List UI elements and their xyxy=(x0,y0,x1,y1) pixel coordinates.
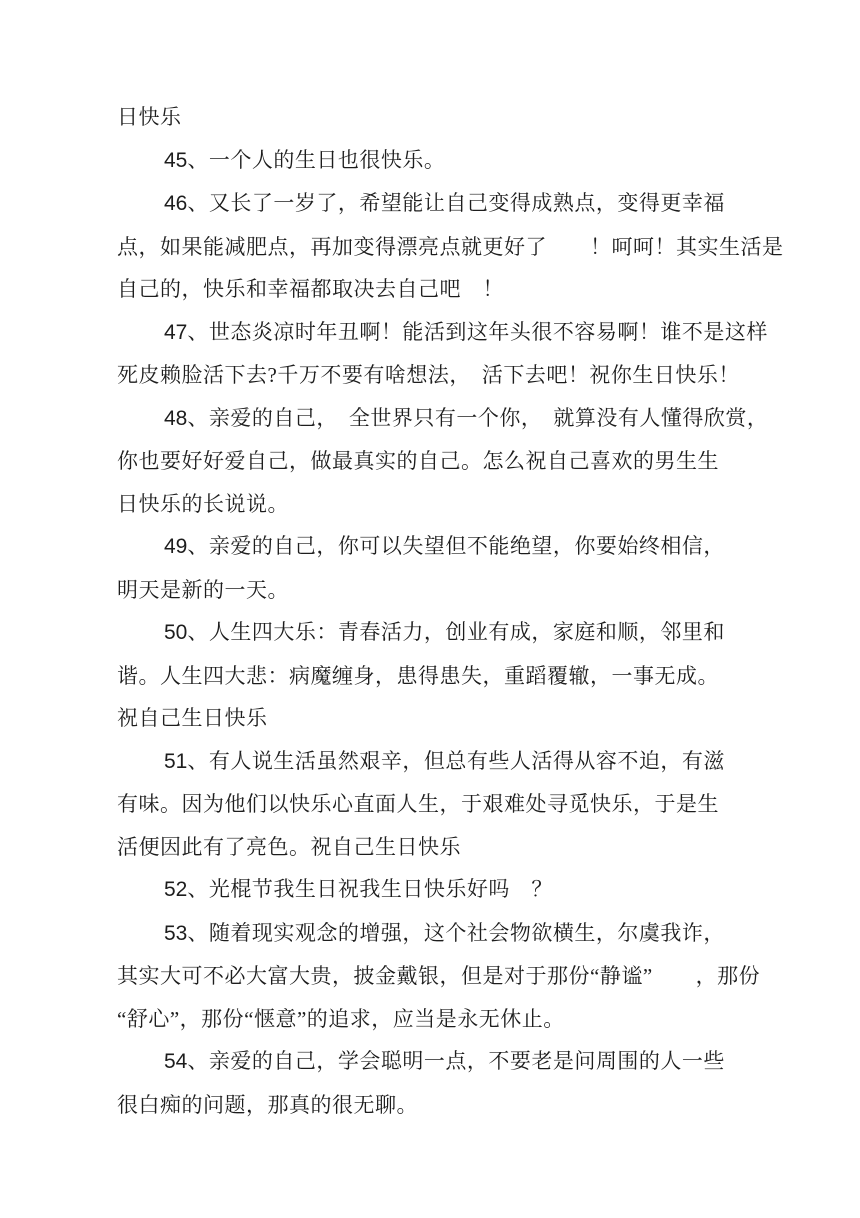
text-line: 很白痴的问题，那真的很无聊。 xyxy=(117,1084,747,1127)
item-number: 54 xyxy=(164,1050,187,1073)
text-line: 51、有人说生活虽然艰辛，但总有些人活得从容不迫，有滋 xyxy=(117,740,747,784)
paragraph-item-46: 46、又长了一岁了，希望能让自己变得成熟点，变得更幸福点，如果能减肥点，再加变得… xyxy=(117,182,747,311)
item-number: 51 xyxy=(164,750,187,773)
text-line: 明天是新的一天。 xyxy=(117,569,747,612)
text-line: 死皮赖脸活下去?千万不要有啥想法， 活下去吧！祝你生日快乐！ xyxy=(117,354,747,397)
document-canvas: 日快乐45、一个人的生日也很快乐。46、又长了一岁了，希望能让自己变得成熟点，变… xyxy=(0,0,860,1218)
text-line: 45、一个人的生日也很快乐。 xyxy=(117,139,747,183)
text-line: 其实大可不必大富大贵，披金戴银，但是对于那份“静谧” ，那份 xyxy=(117,955,747,998)
text-line: 47、世态炎凉时年丑啊！能活到这年头很不容易啊！谁不是这样 xyxy=(117,311,747,355)
paragraph-item-54: 54、亲爱的自己，学会聪明一点，不要老是问周围的人一些很白痴的问题，那真的很无聊… xyxy=(117,1040,747,1126)
text-line: 52、光棍节我生日祝我生日快乐好吗 ？ xyxy=(117,868,747,912)
text-line: 日快乐的长说说。 xyxy=(117,483,747,526)
paragraph-item-45: 45、一个人的生日也很快乐。 xyxy=(117,139,747,183)
text-line: 54、亲爱的自己，学会聪明一点，不要老是问周围的人一些 xyxy=(117,1040,747,1084)
text-line: 点，如果能减肥点，再加变得漂亮点就更好了 ！呵呵！其实生活是 xyxy=(117,226,747,269)
paragraph-item-49: 49、亲爱的自己，你可以失望但不能绝望，你要始终相信，明天是新的一天。 xyxy=(117,525,747,611)
text-line: 日快乐 xyxy=(117,96,747,139)
paragraph-item-51: 51、有人说生活虽然艰辛，但总有些人活得从容不迫，有滋有味。因为他们以快乐心直面… xyxy=(117,740,747,869)
text-line: 谐。人生四大悲：病魔缠身，患得患失，重蹈覆辙，一事无成。 xyxy=(117,655,747,698)
item-number: 46 xyxy=(164,192,187,215)
text-line: 48、亲爱的自己， 全世界只有一个你， 就算没有人懂得欣赏， xyxy=(117,397,747,441)
text-line: 有味。因为他们以快乐心直面人生，于艰难处寻觅快乐，于是生 xyxy=(117,783,747,826)
paragraph-continuation-from-previous-page: 日快乐 xyxy=(117,96,747,139)
text-line: 自己的，快乐和幸福都取决去自己吧 ！ xyxy=(117,268,747,311)
item-number: 50 xyxy=(164,621,187,644)
text-line: 活便因此有了亮色。祝自己生日快乐 xyxy=(117,826,747,869)
item-number: 49 xyxy=(164,535,187,558)
text-line: 49、亲爱的自己，你可以失望但不能绝望，你要始终相信， xyxy=(117,525,747,569)
item-number: 48 xyxy=(164,407,187,430)
paragraph-item-53: 53、随着现实观念的增强，这个社会物欲横生，尔虞我诈，其实大可不必大富大贵，披金… xyxy=(117,912,747,1041)
text-line: 53、随着现实观念的增强，这个社会物欲横生，尔虞我诈， xyxy=(117,912,747,956)
document-page: 日快乐45、一个人的生日也很快乐。46、又长了一岁了，希望能让自己变得成熟点，变… xyxy=(117,96,747,1126)
paragraph-item-48: 48、亲爱的自己， 全世界只有一个你， 就算没有人懂得欣赏，你也要好好爱自己，做… xyxy=(117,397,747,526)
paragraph-item-47: 47、世态炎凉时年丑啊！能活到这年头很不容易啊！谁不是这样死皮赖脸活下去?千万不… xyxy=(117,311,747,397)
text-line: 50、人生四大乐：青春活力，创业有成，家庭和顺，邻里和 xyxy=(117,611,747,655)
text-line: “舒心”，那份“惬意”的追求，应当是永无休止。 xyxy=(117,998,747,1041)
paragraph-item-52: 52、光棍节我生日祝我生日快乐好吗 ？ xyxy=(117,868,747,912)
text-line: 你也要好好爱自己，做最真实的自己。怎么祝自己喜欢的男生生 xyxy=(117,440,747,483)
item-number: 47 xyxy=(164,321,187,344)
paragraph-item-50: 50、人生四大乐：青春活力，创业有成，家庭和顺，邻里和谐。人生四大悲：病魔缠身，… xyxy=(117,611,747,740)
text-line: 祝自己生日快乐 xyxy=(117,697,747,740)
text-line: 46、又长了一岁了，希望能让自己变得成熟点，变得更幸福 xyxy=(117,182,747,226)
item-number: 53 xyxy=(164,922,187,945)
item-number: 52 xyxy=(164,878,187,901)
item-number: 45 xyxy=(164,149,187,172)
